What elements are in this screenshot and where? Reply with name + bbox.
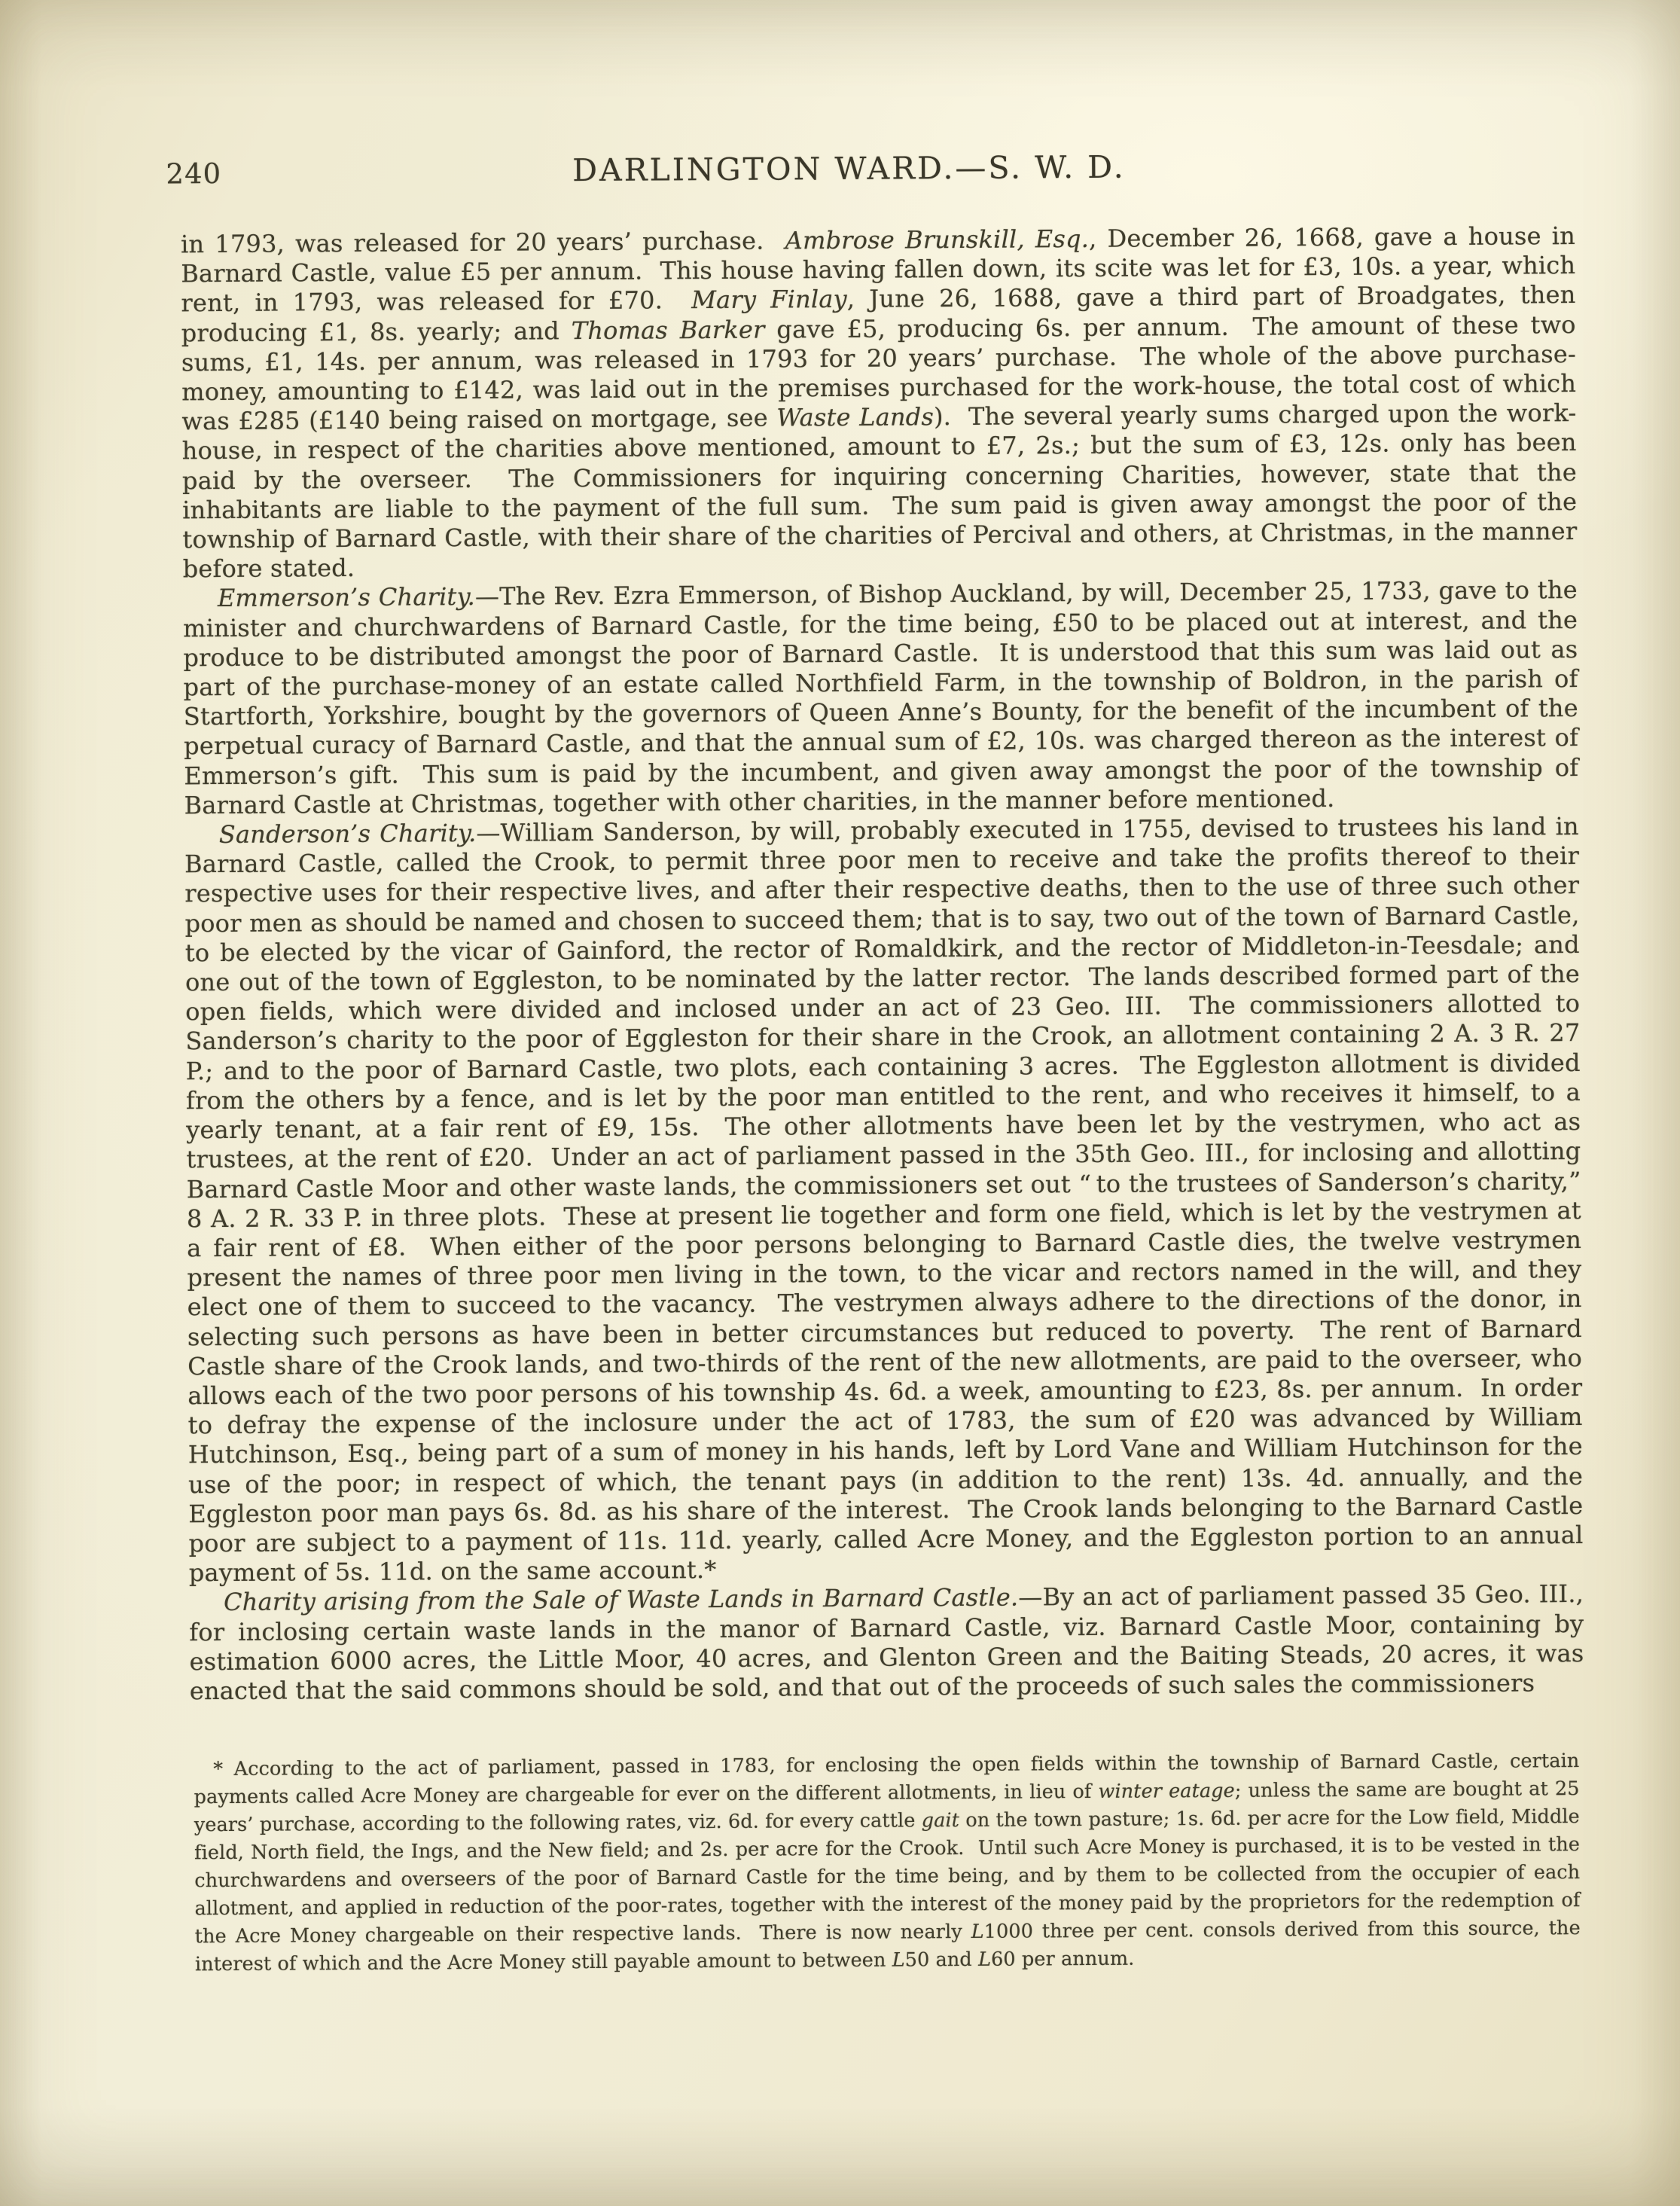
page-content: 240 DARLINGTON WARD.—S. W. D. in 1793, w…	[0, 0, 1680, 2206]
running-header-title: DARLINGTON WARD.—S. W. D.	[572, 149, 1126, 188]
scanned-page: 240 DARLINGTON WARD.—S. W. D. in 1793, w…	[0, 0, 1680, 2206]
footnote: * According to the act of parliament, pa…	[194, 1747, 1581, 1979]
paragraph-sandersons-charity: Sanderson’s Charity.—William Sanderson, …	[184, 812, 1584, 1588]
page-number: 240	[166, 157, 221, 190]
paragraph-continuation: in 1793, was released for 20 years’ purc…	[181, 221, 1578, 584]
paragraph-emmersons-charity: Emmerson’s Charity.—The Rev. Ezra Emmers…	[183, 575, 1579, 820]
body-text: in 1793, was released for 20 years’ purc…	[181, 221, 1584, 1706]
paragraph-waste-lands-charity: Charity arising from the Sale of Waste L…	[189, 1579, 1584, 1706]
